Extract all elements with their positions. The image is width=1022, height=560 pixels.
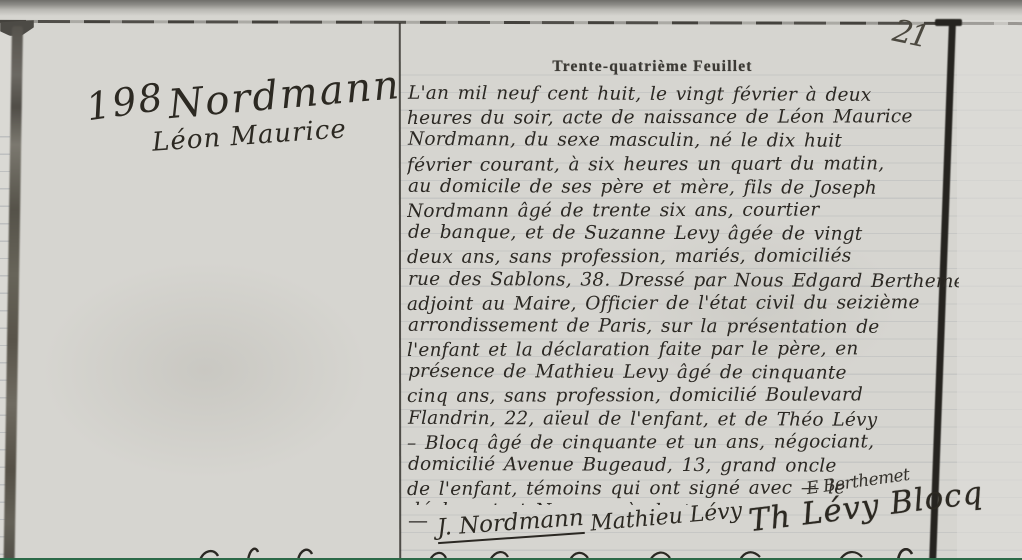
scan-top-shadow-band — [0, 0, 1022, 16]
margin-act-number: 198 — [83, 75, 167, 130]
signature-father: J. Nordmann — [436, 505, 585, 544]
act-line: arrondissement de Paris, sur la présenta… — [408, 314, 959, 340]
act-body-text: L'an mil neuf cent huit, le vingt févrie… — [407, 83, 959, 505]
printed-top-rule — [0, 20, 1022, 25]
act-line: adjoint au Maire, Officier de l'état civ… — [407, 291, 959, 316]
signature-row-dash: — — [408, 508, 428, 532]
act-line: de banque, et de Suzanne Levy âgée de vi… — [408, 221, 959, 247]
paper-blotch — [40, 260, 370, 480]
act-line: février courant, à six heures un quart d… — [407, 152, 959, 177]
act-line: deux ans, sans profession, mariés, domic… — [407, 244, 959, 269]
act-line: heures du soir, acte de naissance de Léo… — [407, 105, 959, 130]
scanned-civil-register-page: Trente-quatrième Feuillet 21 198 Nordman… — [0, 0, 1022, 560]
act-line: Nordmann, du sexe masculin, né le dix hu… — [408, 128, 959, 154]
act-line: Flandrin, 22, aïeul de l'enfant, et de T… — [408, 406, 959, 432]
page-right-border-corner — [935, 19, 962, 26]
act-line: cinq ans, sans profession, domicilié Bou… — [407, 383, 959, 408]
act-line: L'an mil neuf cent huit, le vingt févrie… — [408, 83, 959, 107]
act-line: l'enfant et la déclaration faite par le … — [407, 337, 959, 362]
act-line: rue des Sablons, 38. Dressé par Nous Edg… — [408, 267, 959, 293]
act-line: au domicile de ses père et mère, fils de… — [408, 175, 959, 201]
handwritten-folio-mark: 21 — [890, 13, 930, 55]
printed-feuillet-header: Trente-quatrième Feuillet — [400, 58, 905, 76]
act-line: présence de Mathieu Levy âgé de cinquant… — [408, 360, 959, 386]
act-line: Nordmann âgé de trente six ans, courtier — [407, 198, 959, 223]
act-line: – Blocq âgé de cinquante et un ans, négo… — [407, 430, 959, 455]
